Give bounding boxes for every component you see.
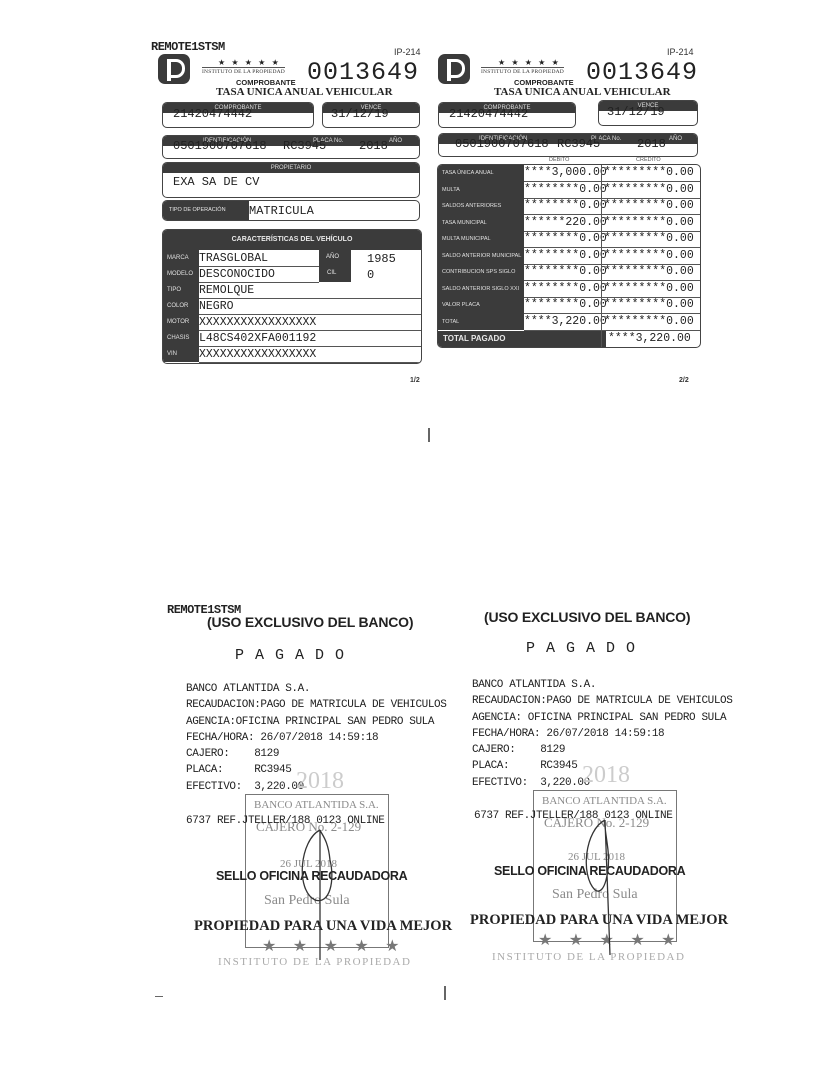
signature-icon (290, 820, 350, 970)
vehicle-field-label: MOTOR (163, 314, 199, 330)
tipo-operacion-value: MATRICULA (249, 204, 314, 218)
vehicle-row: COLORNEGRO (163, 298, 421, 314)
vence-value: 31/12/19 (607, 105, 665, 119)
charge-label: SALDO ANTERIOR MUNICIPAL (438, 248, 524, 265)
propietario-value: EXA SA DE CV (173, 175, 259, 189)
form-code: IP-214 (394, 47, 421, 57)
folio-number: 0013649 (586, 58, 698, 87)
transaction-line: BANCO ATLANTIDA S.A. (472, 677, 732, 693)
anio-header: AÑO (389, 136, 402, 146)
signature-icon (570, 815, 630, 965)
anio-vehicle-value: 1985 (367, 252, 396, 266)
charge-label: VALOR PLACA (438, 297, 524, 314)
propietario-header: PROPIETARIO (163, 163, 419, 173)
charge-label: MULTA (438, 182, 524, 199)
scan-mark (444, 986, 446, 1000)
institution-name: INSTITUTO DE LA PROPIEDAD (202, 67, 285, 75)
cil-label: CIL (327, 270, 336, 276)
caracteristicas-box: CARACTERÍSTICAS DEL VEHÍCULO MARCATRASGL… (162, 229, 422, 364)
charge-row: MULTA********0.00*********0.00 (438, 182, 700, 199)
charge-debito: ********0.00 (524, 264, 607, 280)
charge-label: MULTA MUNICIPAL (438, 231, 524, 248)
transaction-line: CAJERO: 8129 (186, 746, 446, 762)
transaction-line: AGENCIA:OFICINA PRINCIPAL SAN PEDRO SULA (186, 714, 446, 730)
comprobante-value: 21420474442 (449, 107, 528, 121)
reference-line: 6737 REF.JTELLER/188 0123 ONLINE (186, 813, 384, 829)
charge-rows: TASA ÚNICA ANUAL****3,000.00*********0.0… (438, 165, 700, 330)
charge-credito: *********0.00 (604, 281, 694, 297)
pagado-heading: PAGADO (526, 640, 646, 657)
vence-box: VENCE 31/12/19 (598, 100, 698, 126)
placa-value: RC3945 (283, 139, 326, 153)
placa-value: RC3945 (557, 137, 600, 151)
uso-exclusivo-heading: (USO EXCLUSIVO DEL BANCO) (207, 614, 413, 630)
institution-logo-icon (158, 54, 190, 84)
receipt-title: TASA UNICA ANUAL VEHICULAR (494, 86, 671, 98)
vehicle-field-value: XXXXXXXXXXXXXXXXX (199, 347, 316, 363)
anio-header: AÑO (669, 134, 682, 144)
charge-credito: *********0.00 (604, 165, 694, 181)
remote-code: REMOTE1STSM (151, 40, 225, 54)
anio-value: 2018 (359, 139, 388, 153)
charge-row: SALDO ANTERIOR MUNICIPAL********0.00****… (438, 248, 700, 265)
folio-number: 0013649 (307, 58, 419, 87)
vence-value: 31/12/19 (331, 107, 389, 121)
anio-label: AÑO (326, 254, 339, 260)
charge-credito: *********0.00 (604, 198, 694, 214)
charge-debito: ****3,000.00 (524, 165, 607, 181)
vehicle-row: TIPOREMOLQUE (163, 282, 421, 298)
charge-row: VALOR PLACA********0.00*********0.00 (438, 297, 700, 314)
stamp-year: 2018 (296, 768, 344, 795)
transaction-line: FECHA/HORA: 26/07/2018 14:59:18 (186, 730, 446, 746)
credito-header: CRÉDITO (636, 157, 661, 163)
charge-row: SALDO ANTERIOR SIGLO XXI********0.00****… (438, 281, 700, 298)
charge-label: TOTAL (438, 314, 524, 331)
stamp-bank: BANCO ATLANTIDA S.A. (542, 795, 667, 807)
propietario-box: PROPIETARIO EXA SA DE CV (162, 162, 420, 198)
vehicle-field-label: COLOR (163, 298, 199, 314)
scan-mark (428, 428, 430, 442)
uso-exclusivo-heading: (USO EXCLUSIVO DEL BANCO) (484, 609, 690, 625)
debito-header: DÉBITO (549, 157, 569, 163)
identificacion-box: IDENTIFICACIÓN PLACA No. AÑO 05019007076… (438, 133, 698, 157)
transaction-line: BANCO ATLANTIDA S.A. (186, 681, 446, 697)
charge-debito: ********0.00 (524, 231, 607, 247)
vehicle-field-value: REMOLQUE (199, 283, 254, 299)
vehicle-field-label: VIN (163, 346, 199, 362)
page-number-1: 1/2 (410, 377, 420, 384)
stars-icon: ★ ★ ★ ★ ★ (498, 58, 561, 67)
charge-debito: ********0.00 (524, 281, 607, 297)
comprobante-box: COMPROBANTE 21420474442 (162, 102, 314, 128)
identificacion-value: 0501900707618 (455, 137, 549, 151)
charge-credito: *********0.00 (604, 264, 694, 280)
column-divider (601, 165, 602, 347)
vehicle-field-label: TIPO (163, 282, 199, 298)
form-code: IP-214 (667, 47, 694, 57)
vehicle-field-label: MARCA (163, 250, 199, 266)
comprobante-box: COMPROBANTE 21420474442 (438, 102, 576, 128)
transaction-line: FECHA/HORA: 26/07/2018 14:59:18 (472, 726, 732, 742)
transaction-line: AGENCIA: OFICINA PRINCIPAL SAN PEDRO SUL… (472, 710, 732, 726)
charge-debito: ********0.00 (524, 198, 607, 214)
charge-credito: *********0.00 (604, 231, 694, 247)
charge-row: TOTAL****3,220.00*********0.00 (438, 314, 700, 331)
charge-row: TASA ÚNICA ANUAL****3,000.00*********0.0… (438, 165, 700, 182)
charge-debito: ********0.00 (524, 297, 607, 313)
transaction-line: RECAUDACION:PAGO DE MATRICULA DE VEHICUL… (186, 697, 446, 713)
vehicle-field-value: NEGRO (199, 299, 234, 315)
pagado-heading: PAGADO (235, 647, 355, 664)
total-pagado-value: ****3,220.00 (608, 331, 691, 347)
vehicle-field-value: XXXXXXXXXXXXXXXXX (199, 315, 316, 331)
caracteristicas-header: CARACTERÍSTICAS DEL VEHÍCULO (163, 230, 421, 250)
charge-label: TASA MUNICIPAL (438, 215, 524, 232)
transaction-line: RECAUDACION:PAGO DE MATRICULA DE VEHICUL… (472, 693, 732, 709)
vehicle-field-value: DESCONOCIDO (199, 267, 275, 283)
charge-row: TASA MUNICIPAL******220.00*********0.00 (438, 215, 700, 232)
charge-label: CONTRIBUCION SPS SIGLO XXI (438, 264, 524, 281)
total-pagado-row: TOTAL PAGADO ****3,220.00 (438, 331, 700, 347)
tipo-operacion-label: TIPO DE OPERACIÓN (163, 201, 249, 220)
stamp-year: 2018 (582, 762, 630, 789)
vehicle-field-value: TRASGLOBAL (199, 251, 268, 267)
identificacion-box: IDENTIFICACIÓN PLACA No. AÑO 05019007076… (162, 135, 420, 159)
charge-debito: ********0.00 (524, 248, 607, 264)
anio-value: 2018 (637, 137, 666, 151)
vehicle-field-value: L48CS402XFA001192 (199, 331, 316, 347)
total-pagado-label: TOTAL PAGADO (438, 331, 606, 347)
charge-credito: *********0.00 (604, 248, 694, 264)
transaction-line: CAJERO: 8129 (472, 742, 732, 758)
vehicle-row: MOTORXXXXXXXXXXXXXXXXX (163, 314, 421, 330)
stamp-bank: BANCO ATLANTIDA S.A. (254, 799, 379, 811)
vehicle-field-label: CHASIS (163, 330, 199, 346)
identificacion-value: 0501900707618 (173, 139, 267, 153)
charge-label: SALDOS ANTERIORES (438, 198, 524, 215)
charge-label: SALDO ANTERIOR SIGLO XXI (438, 281, 524, 298)
comprobante-value: 21420474442 (173, 107, 252, 121)
charge-debito: ****3,220.00 (524, 314, 607, 330)
charge-label: TASA ÚNICA ANUAL (438, 165, 524, 182)
scan-mark (155, 996, 163, 997)
vehicle-rows: MARCATRASGLOBALMODELODESCONOCIDOTIPOREMO… (163, 250, 421, 362)
vehicle-row: VINXXXXXXXXXXXXXXXXX (163, 346, 421, 362)
charge-row: SALDOS ANTERIORES********0.00*********0.… (438, 198, 700, 215)
receipt-title: TASA UNICA ANUAL VEHICULAR (216, 86, 393, 98)
institution-logo-icon (438, 54, 470, 84)
charge-credito: *********0.00 (604, 182, 694, 198)
charge-credito: *********0.00 (604, 297, 694, 313)
stars-icon: ★ ★ ★ ★ ★ (218, 58, 281, 67)
vehicle-field-label: MODELO (163, 266, 199, 282)
cil-value: 0 (367, 268, 374, 282)
charge-debito: ********0.00 (524, 182, 607, 198)
charge-debito: ******220.00 (524, 215, 607, 231)
page-number-2: 2/2 (679, 377, 689, 384)
vehicle-row: CHASISL48CS402XFA001192 (163, 330, 421, 346)
charges-table: TASA ÚNICA ANUAL****3,000.00*********0.0… (437, 164, 701, 348)
charge-row: MULTA MUNICIPAL********0.00*********0.00 (438, 231, 700, 248)
vence-box: VENCE 31/12/19 (322, 102, 420, 128)
vehicle-row: MODELODESCONOCIDO (163, 266, 421, 282)
charge-credito: *********0.00 (604, 314, 694, 330)
institution-name: INSTITUTO DE LA PROPIEDAD (481, 67, 564, 75)
charge-row: CONTRIBUCION SPS SIGLO XXI********0.00**… (438, 264, 700, 281)
tipo-operacion-box: TIPO DE OPERACIÓN MATRICULA (162, 200, 420, 221)
charge-credito: *********0.00 (604, 215, 694, 231)
